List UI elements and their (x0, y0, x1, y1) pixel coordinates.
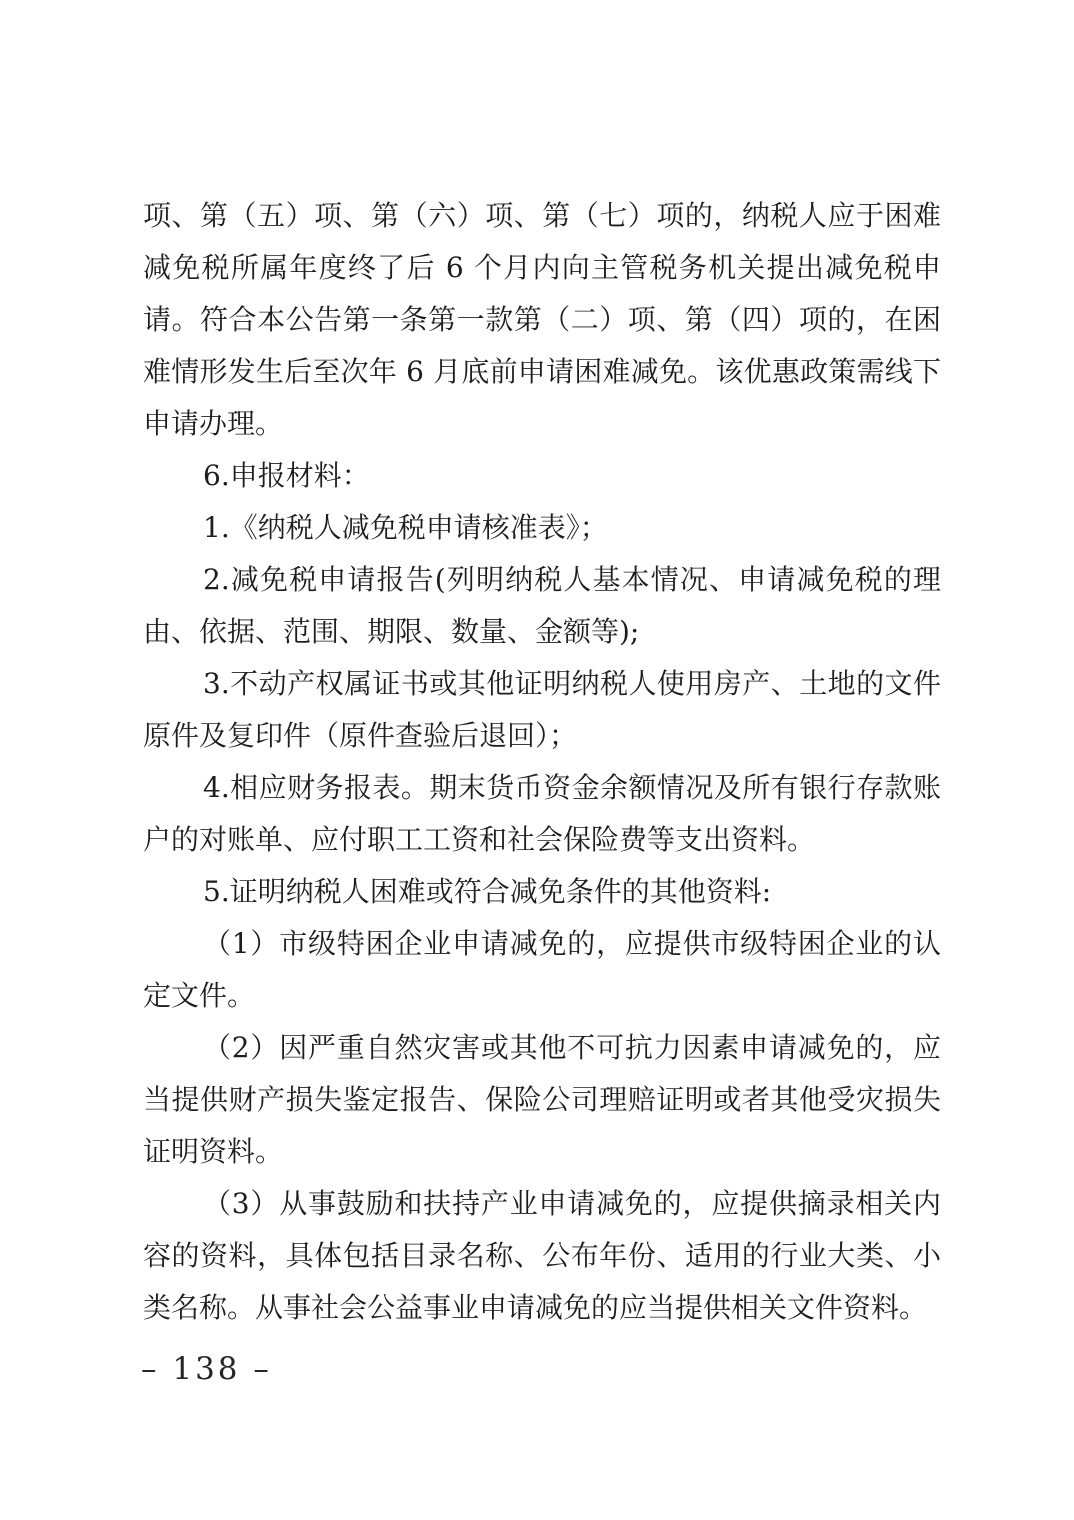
body-paragraph-item-1: 1.《纳税人减免税申请核准表》； (143, 502, 941, 554)
body-paragraph-item-3: 3.不动产权属证书或其他证明纳税人使用房产、土地的文件原件及复印件（原件查验后退… (143, 658, 941, 762)
document-body: 项、第（五）项、第（六）项、第（七）项的，纳税人应于困难减免税所属年度终了后 6… (143, 190, 941, 1334)
body-paragraph-item-4: 4.相应财务报表。期末货币资金余额情况及所有银行存款账户的对账单、应付职工工资和… (143, 762, 941, 866)
body-paragraph-item-2: 2.减免税申请报告(列明纳税人基本情况、申请减免税的理由、依据、范围、期限、数量… (143, 554, 941, 658)
body-paragraph-heading-6: 6.申报材料： (143, 450, 941, 502)
body-paragraph-subitem-1: （1）市级特困企业申请减免的，应提供市级特困企业的认定文件。 (143, 918, 941, 1022)
body-paragraph-subitem-2: （2）因严重自然灾害或其他不可抗力因素申请减免的，应当提供财产损失鉴定报告、保险… (143, 1022, 941, 1178)
page-number: – 138 – (141, 1349, 272, 1389)
body-paragraph-item-5: 5.证明纳税人困难或符合减免条件的其他资料: (143, 866, 941, 918)
body-paragraph-continuation: 项、第（五）项、第（六）项、第（七）项的，纳税人应于困难减免税所属年度终了后 6… (143, 190, 941, 450)
body-paragraph-subitem-3: （3）从事鼓励和扶持产业申请减免的，应提供摘录相关内容的资料，具体包括目录名称、… (143, 1178, 941, 1334)
document-page: 项、第（五）项、第（六）项、第（七）项的，纳税人应于困难减免税所属年度终了后 6… (0, 0, 1074, 1520)
